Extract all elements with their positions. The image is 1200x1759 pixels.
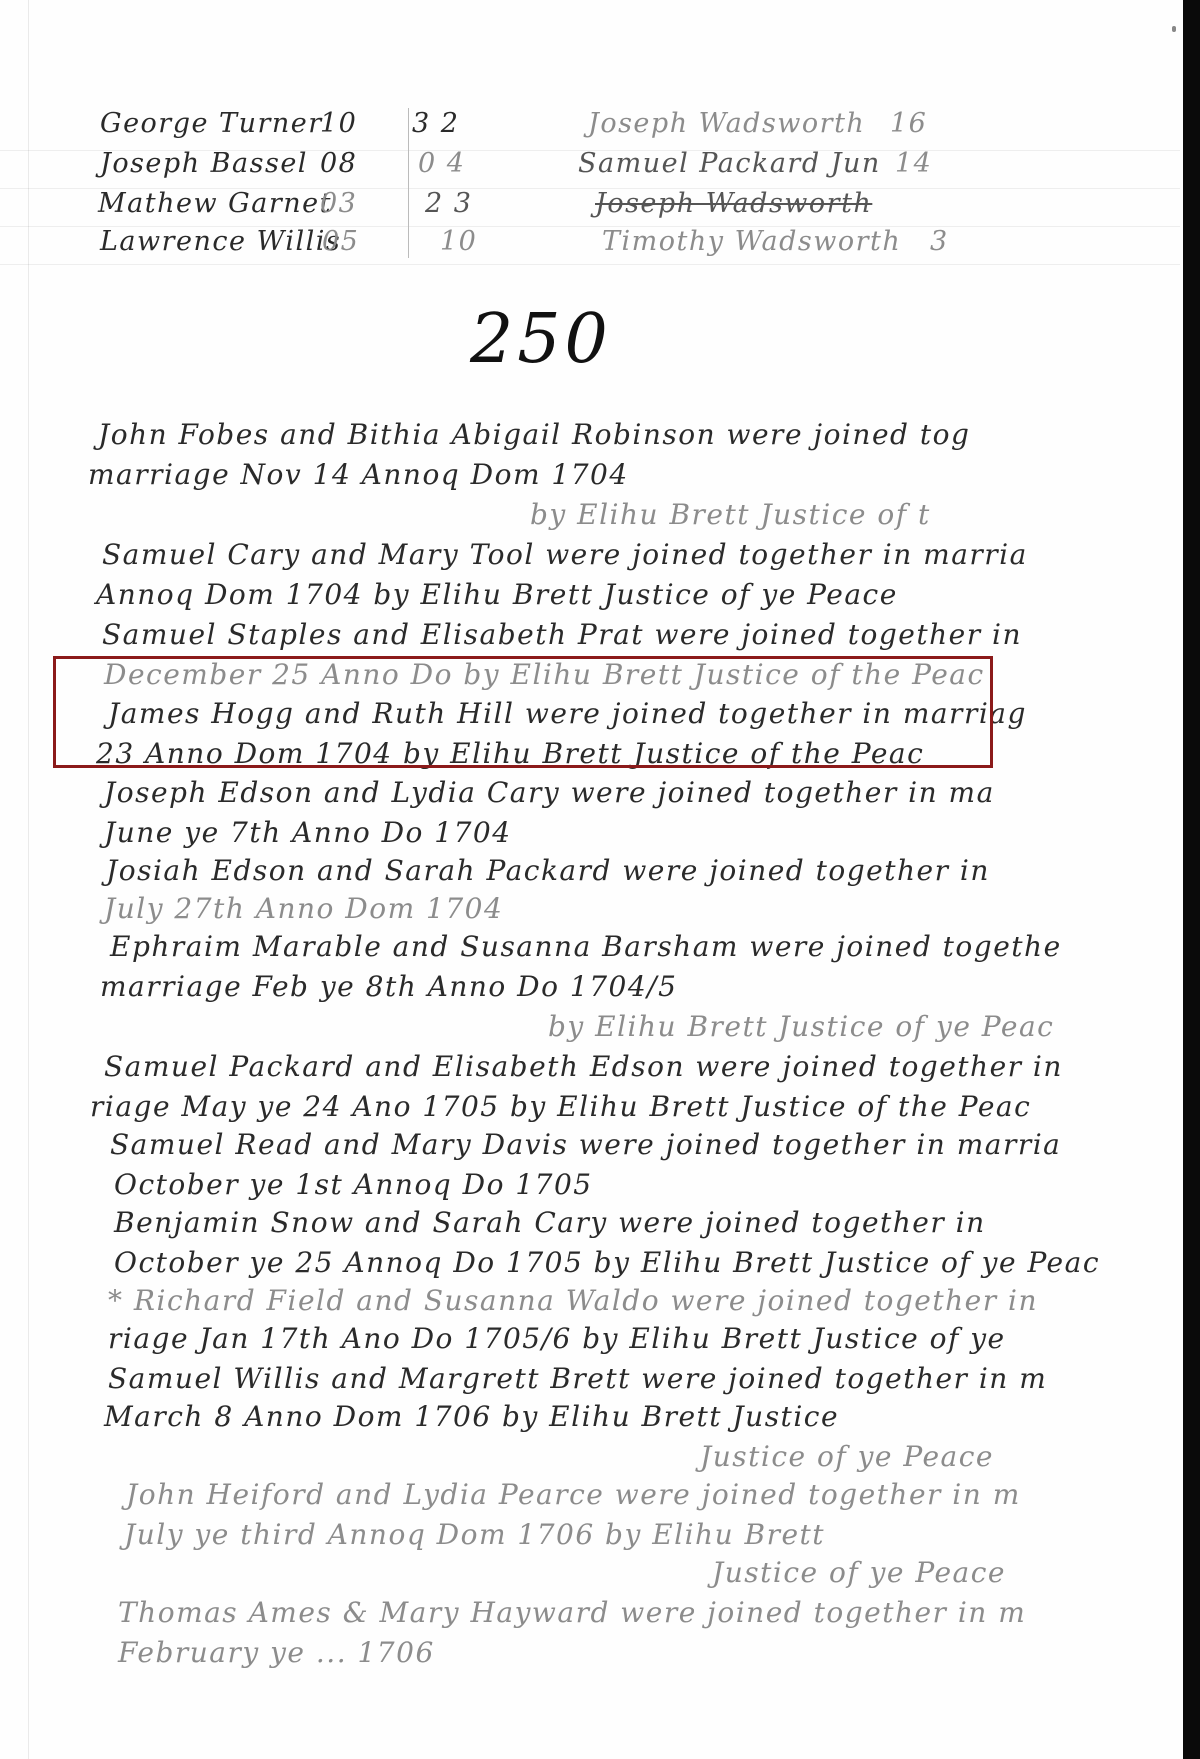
record-line: June ye 7th Anno Do 1704 — [104, 816, 512, 849]
record-line: Samuel Willis and Margrett Brett were jo… — [108, 1362, 1047, 1395]
margin-line — [28, 0, 29, 1759]
record-line: July 27th Anno Dom 1704 — [104, 892, 503, 925]
record-line: John Fobes and Bithia Abigail Robinson w… — [98, 418, 970, 451]
record-line: Justice of ye Peace — [712, 1556, 1006, 1589]
tally-value-b: 2 3 — [425, 188, 472, 219]
record-line: February ye ... 1706 — [118, 1636, 435, 1669]
record-line: Ephraim Marable and Susanna Barsham were… — [110, 930, 1062, 963]
tally-value-a: 10 — [320, 108, 357, 139]
page-edge-shadow — [1183, 0, 1200, 1759]
scan-speck — [1172, 26, 1176, 32]
record-line: March 8 Anno Dom 1706 by Elihu Brett Jus… — [104, 1400, 839, 1433]
tally-value-b: 0 4 — [418, 148, 465, 179]
tally-name: Mathew Garnet — [98, 188, 332, 219]
record-line: Thomas Ames & Mary Hayward were joined t… — [118, 1596, 1026, 1629]
record-line: * Richard Field and Susanna Waldo were j… — [108, 1284, 1038, 1317]
tally-right-name: Joseph Wadsworth — [588, 108, 865, 139]
tally-value-a: 05 — [322, 226, 359, 257]
ruling — [0, 264, 1180, 265]
ledger-page: George Turner 10 3 2 Joseph Wadsworth 16… — [0, 0, 1183, 1759]
record-line: Samuel Cary and Mary Tool were joined to… — [102, 538, 1028, 571]
page-number: 250 — [470, 300, 612, 379]
tally-value-a: 03 — [320, 188, 357, 219]
tally-right-name: Samuel Packard Jun — [578, 148, 881, 179]
record-line: Samuel Packard and Elisabeth Edson were … — [104, 1050, 1063, 1083]
tally-name: George Turner — [100, 108, 323, 139]
record-line: Samuel Staples and Elisabeth Prat were j… — [102, 618, 1022, 651]
tally-right-name: Timothy Wadsworth — [602, 226, 901, 257]
record-line: John Heiford and Lydia Pearce were joine… — [126, 1478, 1021, 1511]
record-line: Josiah Edson and Sarah Packard were join… — [106, 854, 990, 887]
record-line: Justice of ye Peace — [700, 1440, 994, 1473]
record-line: October ye 25 Annoq Do 1705 by Elihu Bre… — [114, 1246, 1100, 1279]
record-line: by Elihu Brett Justice of ye Peac — [548, 1010, 1054, 1043]
tally-right-value: 14 — [895, 148, 932, 179]
record-line: riage Jan 17th Ano Do 1705/6 by Elihu Br… — [108, 1322, 1006, 1355]
record-line: riage May ye 24 Ano 1705 by Elihu Brett … — [90, 1090, 1031, 1123]
tally-value-a: 08 — [320, 148, 357, 179]
record-line: October ye 1st Annoq Do 1705 — [114, 1168, 593, 1201]
tally-column-divider — [408, 108, 409, 258]
record-line: Annoq Dom 1704 by Elihu Brett Justice of… — [96, 578, 898, 611]
record-line: Samuel Read and Mary Davis were joined t… — [110, 1128, 1061, 1161]
tally-right-name-struck: Joseph Wadsworth — [595, 188, 872, 219]
record-line: Benjamin Snow and Sarah Cary were joined… — [114, 1206, 986, 1239]
record-line: marriage Nov 14 Annoq Dom 1704 — [88, 458, 629, 491]
tally-value-b: 3 2 — [412, 108, 459, 139]
tally-name: Joseph Bassel — [100, 148, 308, 179]
tally-value-b: 10 — [440, 226, 477, 257]
record-line: marriage Feb ye 8th Anno Do 1704/5 — [100, 970, 677, 1003]
highlight-box — [53, 656, 993, 768]
tally-right-value: 3 — [930, 226, 949, 257]
record-line: by Elihu Brett Justice of t — [530, 498, 931, 531]
tally-right-value: 16 — [890, 108, 927, 139]
record-line: July ye third Annoq Dom 1706 by Elihu Br… — [124, 1518, 825, 1551]
record-line: Joseph Edson and Lydia Cary were joined … — [104, 776, 995, 809]
tally-name: Lawrence Willis — [100, 226, 341, 257]
